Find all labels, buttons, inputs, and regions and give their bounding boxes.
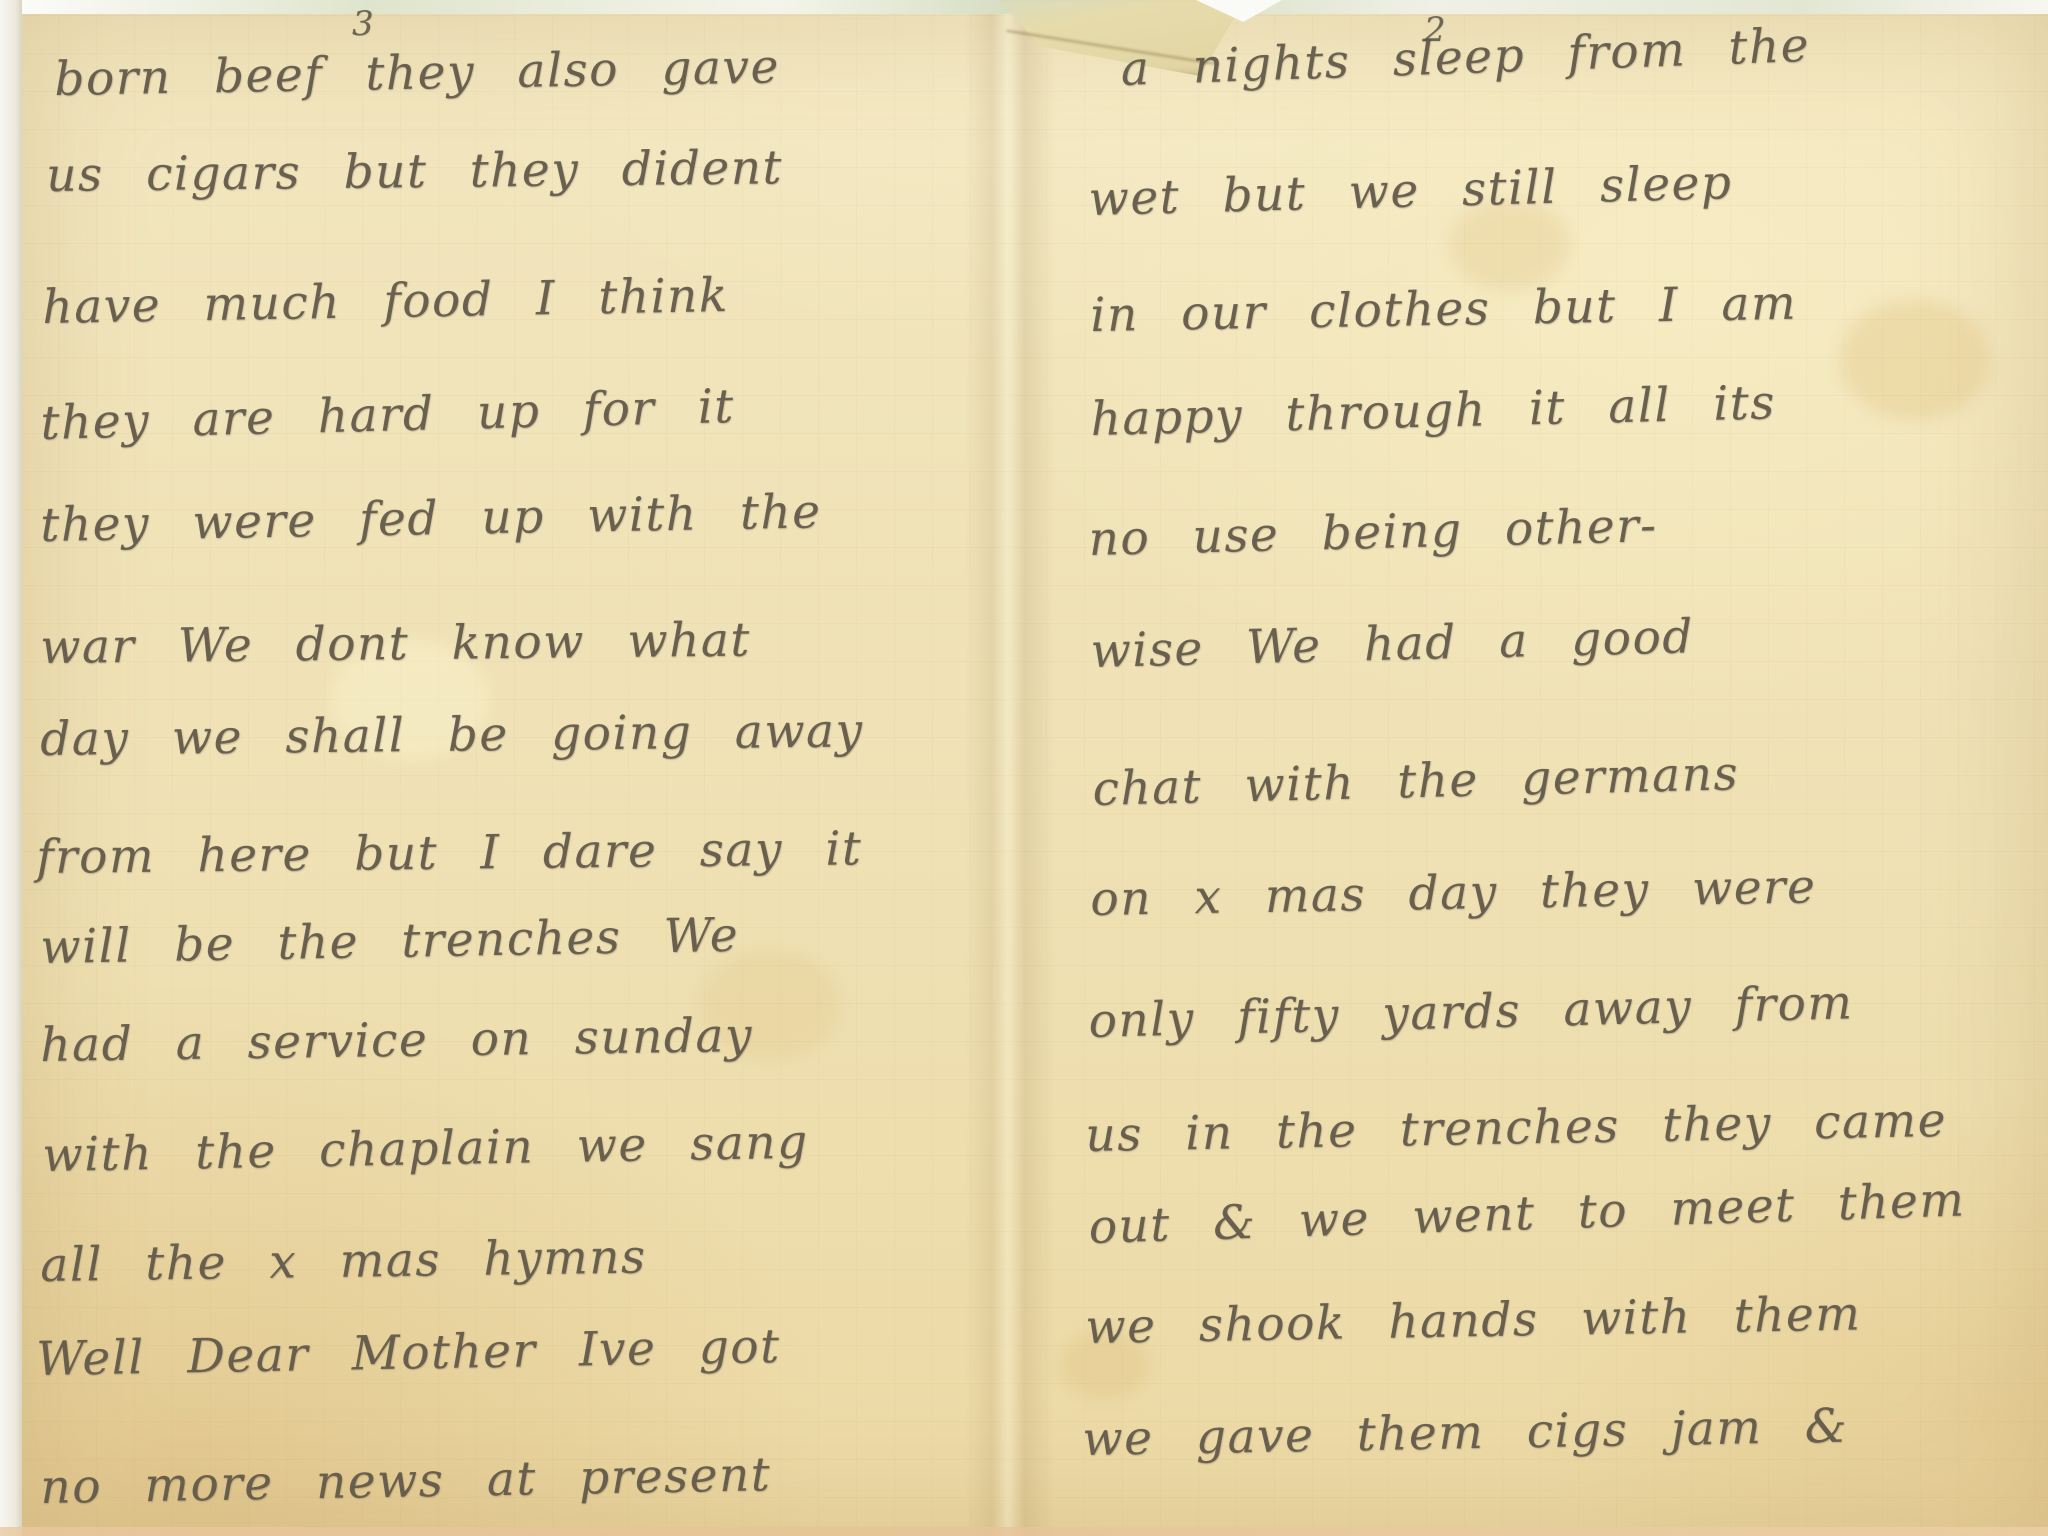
letter-line: had a service on sunday xyxy=(40,1012,753,1069)
letter-line: day we shall be going away xyxy=(40,707,864,763)
letter-line: us cigars but they dident xyxy=(46,144,783,199)
scan-left-edge xyxy=(0,0,22,1536)
center-fold-crease xyxy=(965,0,1055,1536)
letter-line: in our clothes but I am xyxy=(1090,280,1797,339)
page-number: 3 xyxy=(352,4,374,44)
letter-line: all the x mas hymns xyxy=(40,1234,647,1289)
letter-line: will be the trenches We xyxy=(40,912,739,971)
letter-line: chat with the germans xyxy=(1092,750,1740,813)
letter-line: from here but I dare say it xyxy=(36,825,862,881)
letter-line: no use being other- xyxy=(1088,502,1658,563)
letter-line: us in the trenches they came xyxy=(1085,1097,1947,1159)
letter-scan: 3 2 born beef they also gave us cigars b… xyxy=(0,0,2048,1536)
letter-line: no more news at present xyxy=(40,1451,771,1511)
letter-line: on x mas day they were xyxy=(1090,863,1817,923)
letter-line: with the chaplain we sang xyxy=(42,1119,809,1179)
letter-line: have much food I think xyxy=(42,272,729,331)
letter-line: born beef they also gave xyxy=(54,43,780,103)
letter-line: Well Dear Mother Ive got xyxy=(36,1323,781,1383)
paper-stain xyxy=(1840,300,1990,420)
letter-line: wise We had a good xyxy=(1090,613,1694,675)
letter-line: we shook hands with them xyxy=(1085,1290,1862,1351)
letter-line: we gave them cigs jam & xyxy=(1082,1403,1849,1463)
scan-bottom-edge xyxy=(0,1527,2048,1536)
letter-line: they were fed up with the xyxy=(40,488,822,549)
letter-line: war We dont know what xyxy=(40,617,751,671)
